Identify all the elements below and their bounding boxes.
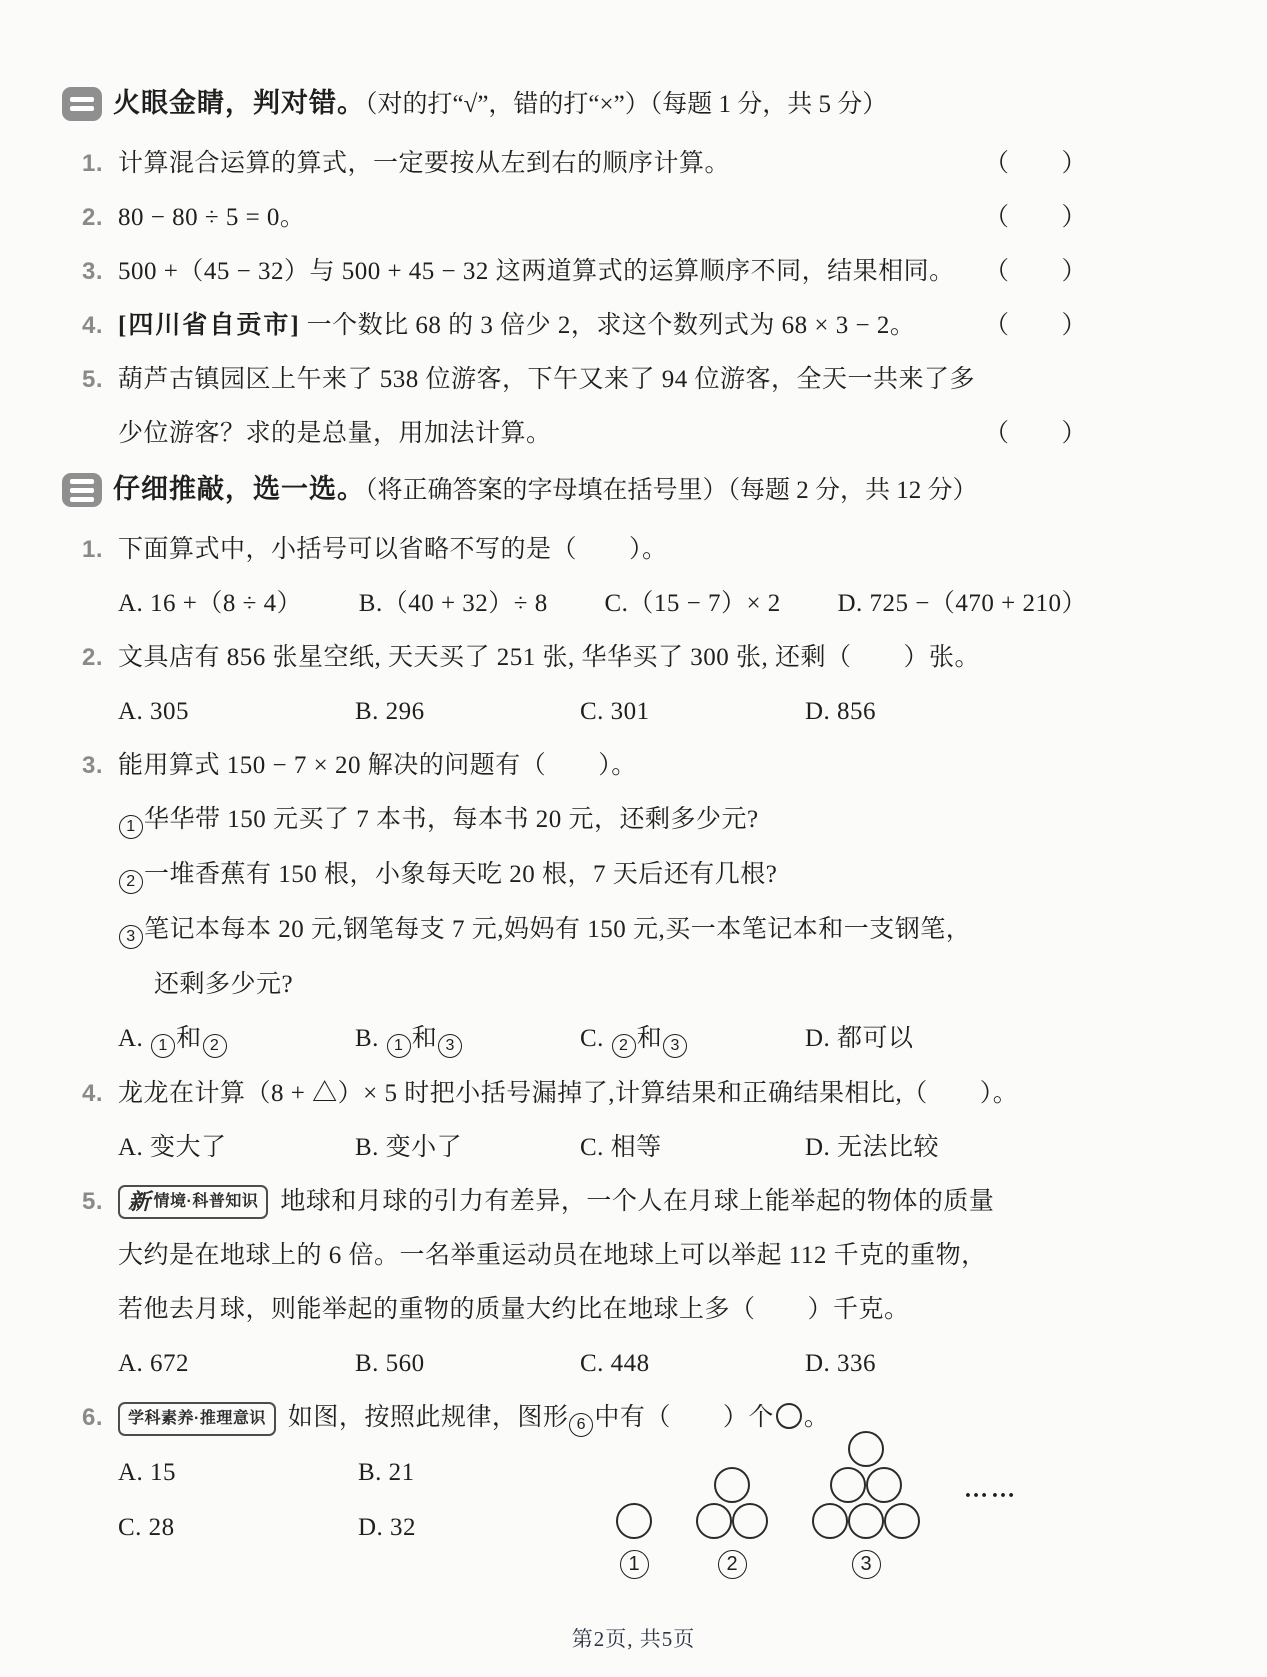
question-text: 文具店有 856 张星空纸, 天天买了 251 张, 华华买了 300 张, 还… bbox=[118, 640, 1087, 676]
question-line: 2.80 − 80 ÷ 5 = 0。（） bbox=[62, 200, 1087, 236]
choice-question-3: 3.能用算式 150 − 7 × 20 解决的问题有（）。1华华带 150 元买… bbox=[62, 748, 1087, 1058]
pattern-circle bbox=[830, 1467, 866, 1503]
judge-section-title: 火眼金睛，判对错。（对的打“√”，错的打“×”）（每题 1 分，共 5 分） bbox=[113, 84, 887, 124]
badge-label: 学科素养·推理意识 bbox=[128, 1401, 266, 1437]
circled-number: 1 bbox=[620, 1550, 649, 1579]
option-A: A. 672 bbox=[118, 1346, 355, 1382]
judge-section: 火眼金睛，判对错。（对的打“√”，错的打“×”）（每题 1 分，共 5 分） 1… bbox=[62, 84, 1087, 452]
question-number: 3. bbox=[82, 748, 118, 784]
pattern-circle bbox=[616, 1503, 652, 1539]
judge-question-5: 5.葫芦古镇园区上午来了 538 位游客，下午又来了 94 位游客，全天一共来了… bbox=[62, 362, 1087, 452]
question-line: 1.计算混合运算的算式，一定要按从左到右的顺序计算。（） bbox=[62, 146, 1087, 182]
pattern-circle bbox=[848, 1503, 884, 1539]
pattern-circle bbox=[714, 1467, 750, 1503]
choice-question-5: 5.新情境·科普知识地球和月球的引力有差异，一个人在月球上能举起的物体的质量大约… bbox=[62, 1184, 1087, 1382]
question-text: 龙龙在计算（8 + △）× 5 时把小括号漏掉了,计算结果和正确结果相比,（）。 bbox=[118, 1076, 1087, 1112]
pyramid-row bbox=[696, 1503, 768, 1539]
judge-question-1: 1.计算混合运算的算式，一定要按从左到右的顺序计算。（） bbox=[62, 146, 1087, 182]
page-footer: 第2页, 共5页 bbox=[0, 1623, 1267, 1653]
pyramid-row bbox=[616, 1503, 652, 1539]
sub-item-line: 3笔记本每本 20 元,钢笔每支 7 元,妈妈有 150 元,买一本笔记本和一支… bbox=[62, 912, 1087, 949]
circled-number: 3 bbox=[852, 1550, 881, 1579]
option-B: B. 1和3 bbox=[355, 1021, 580, 1058]
pyramid-row bbox=[812, 1503, 920, 1539]
option-C: C. 301 bbox=[580, 694, 805, 730]
options-row: A. 305B. 296C. 301D. 856 bbox=[62, 694, 1087, 730]
question-line: 3.能用算式 150 − 7 × 20 解决的问题有（）。 bbox=[62, 748, 1087, 784]
option-D: D. 32 bbox=[358, 1510, 598, 1546]
question-number: 1. bbox=[82, 532, 118, 568]
question-line: 少位游客？求的是总量，用加法计算。（） bbox=[62, 416, 1087, 452]
choice-question-4: 4.龙龙在计算（8 + △）× 5 时把小括号漏掉了,计算结果和正确结果相比,（… bbox=[62, 1076, 1087, 1166]
pyramid-row bbox=[812, 1467, 920, 1503]
question-line: 大约是在地球上的 6 倍。一名举重运动员在地球上可以举起 112 千克的重物， bbox=[62, 1238, 1087, 1274]
question-text: 500 +（45 − 32）与 500 + 45 − 32 这两道算式的运算顺序… bbox=[118, 254, 976, 290]
circled-number: 3 bbox=[119, 925, 143, 949]
circled-number: 6 bbox=[569, 1413, 593, 1437]
pyramid-row bbox=[812, 1431, 920, 1467]
circle-pyramid bbox=[812, 1431, 920, 1539]
pattern-circle bbox=[848, 1431, 884, 1467]
icon-stripe bbox=[70, 488, 94, 493]
option-D: D. 725 −（470 + 210） bbox=[837, 586, 1087, 622]
circled-number: 3 bbox=[438, 1034, 462, 1058]
circle-pyramid bbox=[616, 1503, 652, 1539]
judge-questions: 1.计算混合运算的算式，一定要按从左到右的顺序计算。（）2.80 − 80 ÷ … bbox=[62, 146, 1087, 452]
question-number: 2. bbox=[82, 640, 118, 676]
choice-section: 仔细推敲，选一选。（将正确答案的字母填在括号里）（每题 2 分，共 12 分） … bbox=[62, 470, 1087, 1579]
option-B: B. 变小了 bbox=[355, 1130, 580, 1166]
pattern-figure: 123…… bbox=[616, 1431, 1018, 1579]
option-A: A. 15 bbox=[118, 1455, 358, 1491]
option-B: B. 560 bbox=[355, 1346, 580, 1382]
topic-badge: 新情境·科普知识 bbox=[118, 1185, 268, 1219]
option-C: C. 28 bbox=[118, 1510, 358, 1546]
options-row: A. 15B. 21C. 28D. 32 bbox=[62, 1455, 598, 1546]
pattern-circle bbox=[696, 1503, 732, 1539]
options-row: A. 1和2B. 1和3C. 2和3D. 都可以 bbox=[62, 1021, 1087, 1058]
option-A: A. 16 +（8 ÷ 4） bbox=[118, 586, 302, 622]
judge-question-2: 2.80 − 80 ÷ 5 = 0。（） bbox=[62, 200, 1087, 236]
icon-stripe bbox=[70, 479, 94, 484]
circled-number: 1 bbox=[151, 1034, 175, 1058]
badge-label: 情境·科普知识 bbox=[154, 1184, 259, 1220]
pattern-figure-2: 2 bbox=[696, 1467, 768, 1579]
question-number: 4. bbox=[82, 308, 118, 344]
option-B: B. 296 bbox=[355, 694, 580, 730]
page-number: 第2页, 共5页 bbox=[572, 1627, 696, 1651]
question-line: 1.下面算式中，小括号可以省略不写的是（）。 bbox=[62, 532, 1087, 568]
circled-number: 2 bbox=[612, 1034, 636, 1058]
test-paper-page: 火眼金睛，判对错。（对的打“√”，错的打“×”）（每题 1 分，共 5 分） 1… bbox=[0, 0, 1267, 1677]
choice-question-6: 6.学科素养·推理意识如图，按照此规律，图形6中有（）个。A. 15B. 21C… bbox=[62, 1400, 1087, 1579]
answer-bracket: （） bbox=[984, 308, 1087, 344]
choice-section-title-note: （将正确答案的字母填在括号里）（每题 2 分，共 12 分） bbox=[365, 477, 978, 504]
option-C: C. 相等 bbox=[580, 1130, 805, 1166]
pattern-figure-1: 1 bbox=[616, 1503, 652, 1579]
options-and-figure: A. 15B. 21C. 28D. 32123…… bbox=[62, 1455, 1087, 1579]
option-D: D. 都可以 bbox=[805, 1021, 1087, 1058]
option-C: C. 2和3 bbox=[580, 1021, 805, 1058]
option-A: A. 305 bbox=[118, 694, 355, 730]
question-number: 6. bbox=[82, 1400, 118, 1436]
question-line: 4.龙龙在计算（8 + △）× 5 时把小括号漏掉了,计算结果和正确结果相比,（… bbox=[62, 1076, 1087, 1112]
circle-glyph bbox=[776, 1403, 802, 1429]
pattern-circle bbox=[866, 1467, 902, 1503]
option-D: D. 无法比较 bbox=[805, 1130, 1087, 1166]
sub-item-line: 2一堆香蕉有 150 根，小象每天吃 20 根，7 天后还有几根? bbox=[62, 857, 1087, 894]
question-number: 5. bbox=[82, 362, 118, 398]
option-A: A. 变大了 bbox=[118, 1130, 355, 1166]
question-line: 若他去月球，则能举起的重物的质量大约比在地球上多（）千克。 bbox=[62, 1292, 1087, 1328]
judge-section-title-note: （对的打“√”，错的打“×”）（每题 1 分，共 5 分） bbox=[365, 91, 887, 118]
circled-number: 1 bbox=[119, 815, 143, 839]
ellipsis: …… bbox=[964, 1477, 1018, 1504]
icon-stripe bbox=[70, 106, 94, 111]
section-three-icon bbox=[62, 473, 102, 507]
circled-number: 3 bbox=[663, 1034, 687, 1058]
circle-pyramid bbox=[696, 1467, 768, 1539]
options-row: A. 16 +（8 ÷ 4）B.（40 + 32）÷ 8C.（15 − 7）× … bbox=[62, 586, 1087, 622]
answer-bracket: （） bbox=[984, 254, 1087, 290]
question-text: [四川省自贡市]一个数比 68 的 3 倍少 2，求这个数列式为 68 × 3 … bbox=[118, 308, 976, 344]
answer-bracket: （） bbox=[984, 146, 1087, 182]
answer-bracket: （） bbox=[984, 416, 1087, 452]
pattern-circle bbox=[732, 1503, 768, 1539]
pattern-circle bbox=[812, 1503, 848, 1539]
question-number: 2. bbox=[82, 200, 118, 236]
circled-number: 1 bbox=[387, 1034, 411, 1058]
figure-label: 3 bbox=[851, 1549, 882, 1579]
topic-badge: 学科素养·推理意识 bbox=[118, 1402, 276, 1436]
sub-item-text: 3笔记本每本 20 元,钢笔每支 7 元,妈妈有 150 元,买一本笔记本和一支… bbox=[118, 912, 1087, 949]
judge-section-title-bold: 火眼金睛，判对错。 bbox=[113, 88, 365, 118]
option-C: C.（15 − 7）× 2 bbox=[604, 586, 780, 622]
option-A: A. 1和2 bbox=[118, 1021, 355, 1058]
question-number: 1. bbox=[82, 146, 118, 182]
question-line: 2.文具店有 856 张星空纸, 天天买了 251 张, 华华买了 300 张,… bbox=[62, 640, 1087, 676]
choice-section-title: 仔细推敲，选一选。（将正确答案的字母填在括号里）（每题 2 分，共 12 分） bbox=[113, 470, 978, 510]
judge-section-header: 火眼金睛，判对错。（对的打“√”，错的打“×”）（每题 1 分，共 5 分） bbox=[62, 84, 1087, 124]
circled-number: 2 bbox=[119, 870, 143, 894]
figure-label: 1 bbox=[619, 1549, 650, 1579]
pattern-figure-3: 3 bbox=[812, 1431, 920, 1579]
option-D: D. 336 bbox=[805, 1346, 1087, 1382]
figure-label: 2 bbox=[717, 1549, 748, 1579]
choice-question-1: 1.下面算式中，小括号可以省略不写的是（）。A. 16 +（8 ÷ 4）B.（4… bbox=[62, 532, 1087, 622]
option-B: B. 21 bbox=[358, 1455, 598, 1491]
option-B: B.（40 + 32）÷ 8 bbox=[359, 586, 548, 622]
sub-item-line: 还剩多少元? bbox=[62, 967, 1087, 1003]
choice-section-header: 仔细推敲，选一选。（将正确答案的字母填在括号里）（每题 2 分，共 12 分） bbox=[62, 470, 1087, 510]
source-tag: [四川省自贡市] bbox=[118, 312, 301, 339]
circled-number: 2 bbox=[718, 1550, 747, 1579]
options-row: A. 变大了B. 变小了C. 相等D. 无法比较 bbox=[62, 1130, 1087, 1166]
question-text: 下面算式中，小括号可以省略不写的是（）。 bbox=[118, 532, 1087, 568]
answer-bracket: （） bbox=[984, 200, 1087, 236]
choice-question-2: 2.文具店有 856 张星空纸, 天天买了 251 张, 华华买了 300 张,… bbox=[62, 640, 1087, 730]
option-C: C. 448 bbox=[580, 1346, 805, 1382]
circled-number: 2 bbox=[203, 1034, 227, 1058]
question-text: 大约是在地球上的 6 倍。一名举重运动员在地球上可以举起 112 千克的重物， bbox=[118, 1238, 1087, 1274]
question-text: 计算混合运算的算式，一定要按从左到右的顺序计算。 bbox=[118, 146, 976, 182]
choice-section-title-bold: 仔细推敲，选一选。 bbox=[113, 474, 365, 504]
question-text: 能用算式 150 − 7 × 20 解决的问题有（）。 bbox=[118, 748, 1087, 784]
sub-item-text: 还剩多少元? bbox=[154, 967, 1087, 1003]
sub-item-text: 1华华带 150 元买了 7 本书，每本书 20 元，还剩多少元? bbox=[118, 802, 1087, 839]
question-number: 3. bbox=[82, 254, 118, 290]
pattern-circle bbox=[884, 1503, 920, 1539]
judge-question-4: 4.[四川省自贡市]一个数比 68 的 3 倍少 2，求这个数列式为 68 × … bbox=[62, 308, 1087, 344]
question-line: 5.新情境·科普知识地球和月球的引力有差异，一个人在月球上能举起的物体的质量 bbox=[62, 1184, 1087, 1220]
option-D: D. 856 bbox=[805, 694, 1087, 730]
judge-question-3: 3.500 +（45 − 32）与 500 + 45 − 32 这两道算式的运算… bbox=[62, 254, 1087, 290]
options-row: A. 672B. 560C. 448D. 336 bbox=[62, 1346, 1087, 1382]
question-number: 4. bbox=[82, 1076, 118, 1112]
question-text: 地球和月球的引力有差异，一个人在月球上能举起的物体的质量 bbox=[280, 1184, 1087, 1220]
question-text: 葫芦古镇园区上午来了 538 位游客，下午又来了 94 位游客，全天一共来了多 bbox=[118, 362, 1087, 398]
icon-stripe bbox=[70, 497, 94, 502]
question-number: 5. bbox=[82, 1184, 118, 1220]
question-line: 3.500 +（45 − 32）与 500 + 45 − 32 这两道算式的运算… bbox=[62, 254, 1087, 290]
choice-questions: 1.下面算式中，小括号可以省略不写的是（）。A. 16 +（8 ÷ 4）B.（4… bbox=[62, 532, 1087, 1579]
question-text: 少位游客？求的是总量，用加法计算。 bbox=[118, 416, 976, 452]
sub-item-text: 2一堆香蕉有 150 根，小象每天吃 20 根，7 天后还有几根? bbox=[118, 857, 1087, 894]
question-text: 若他去月球，则能举起的重物的质量大约比在地球上多（）千克。 bbox=[118, 1292, 1087, 1328]
question-line: 4.[四川省自贡市]一个数比 68 的 3 倍少 2，求这个数列式为 68 × … bbox=[62, 308, 1087, 344]
pyramid-row bbox=[696, 1467, 768, 1503]
question-line: 5.葫芦古镇园区上午来了 538 位游客，下午又来了 94 位游客，全天一共来了… bbox=[62, 362, 1087, 398]
question-text: 80 − 80 ÷ 5 = 0。 bbox=[118, 200, 976, 236]
badge-prefix: 新 bbox=[128, 1184, 151, 1220]
sub-item-line: 1华华带 150 元买了 7 本书，每本书 20 元，还剩多少元? bbox=[62, 802, 1087, 839]
icon-stripe bbox=[70, 97, 94, 102]
section-two-icon bbox=[62, 87, 102, 121]
